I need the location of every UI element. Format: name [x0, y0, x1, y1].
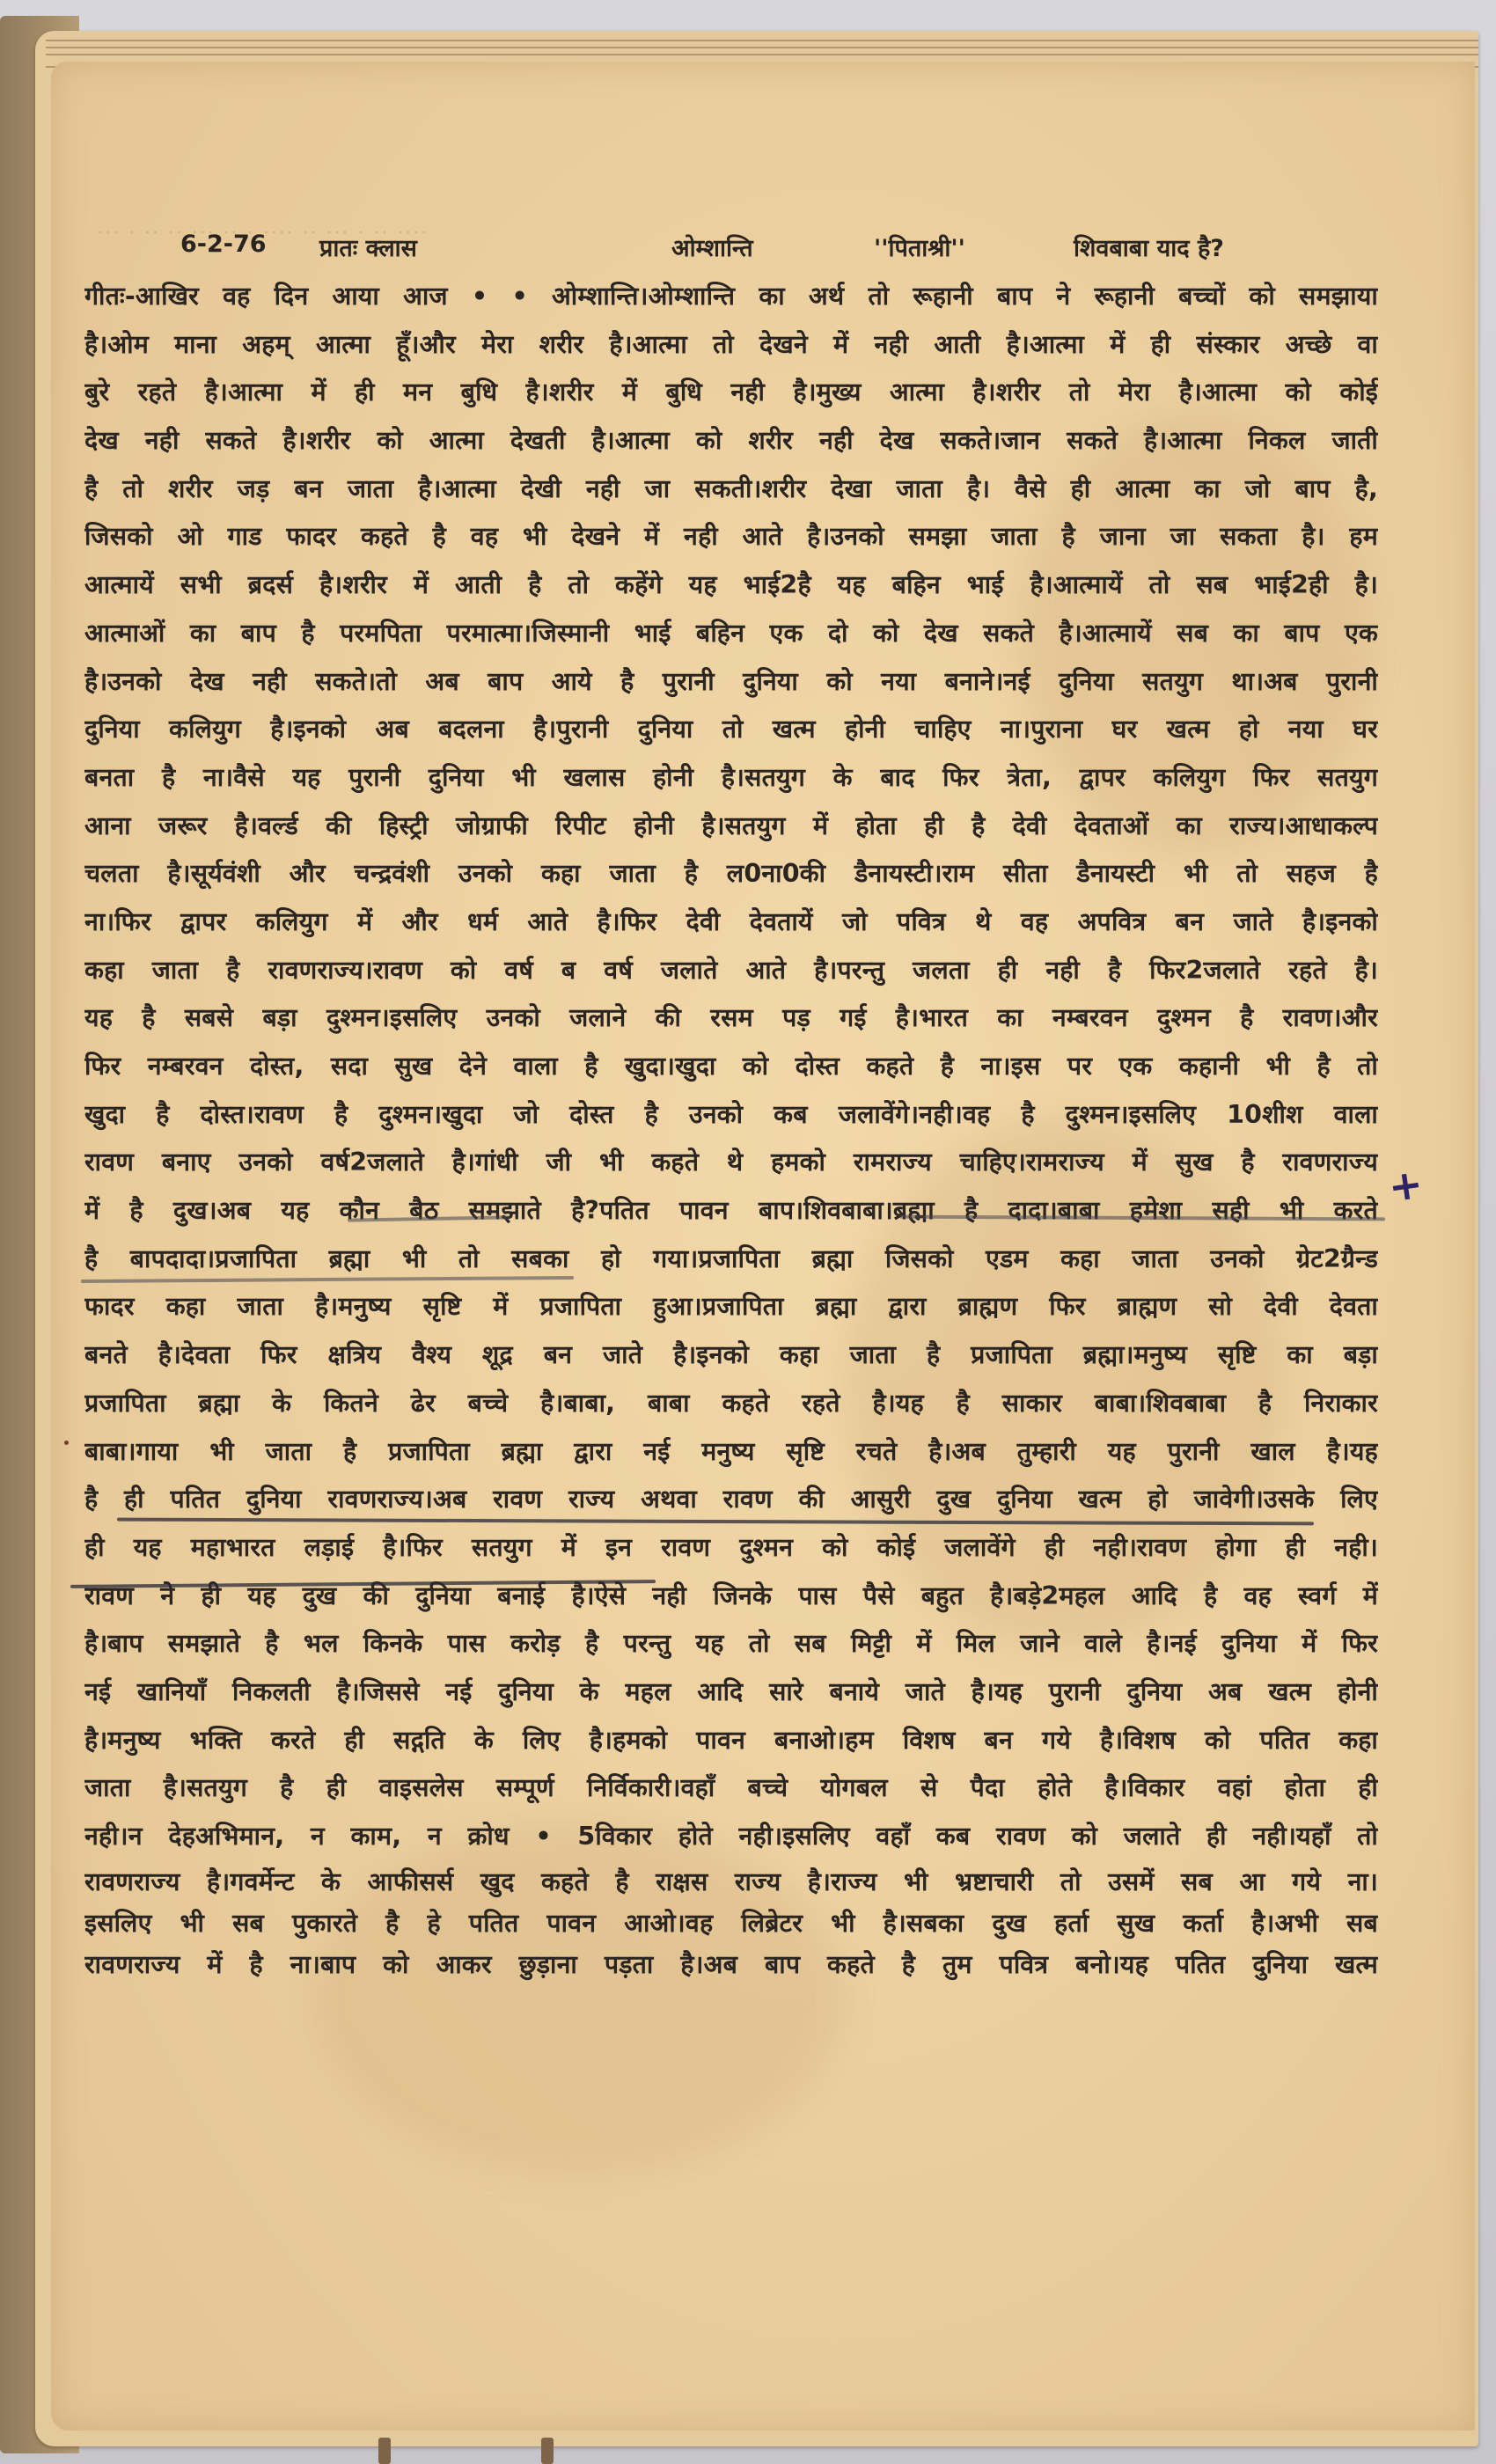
text-line: कहा जाता है रावणराज्य।रावण को वर्ष ब वर्…	[84, 947, 1378, 995]
document-body: गीतः-आखिर वह दिन आया आज • • ओम्शान्ति।ओम…	[84, 273, 1378, 1985]
text-line: रावणराज्य में है ना।बाप को आकर छुड़ाना प…	[84, 1944, 1378, 1985]
text-line: बनते है।देवता फिर क्षत्रिय वैश्य शूद्र ब…	[84, 1331, 1378, 1380]
text-line: रावण ने ही यह दुख की दुनिया बनाई है।ऐसे …	[84, 1573, 1378, 1621]
text-line: जाता है।सतयुग है ही वाइसलेस सम्पूर्ण निर…	[84, 1764, 1378, 1813]
text-line: है।मनुष्य भक्ति करते ही सद्गति के लिए है…	[84, 1717, 1378, 1765]
text-line: है बापदादा।प्रजापिता ब्रह्मा भी तो सबका …	[84, 1236, 1378, 1284]
text-line: है ही पतित दुनिया रावणराज्य।अब रावण राज्…	[84, 1476, 1378, 1524]
header-session: प्रातः क्लास	[319, 231, 417, 263]
text-line: फिर नम्बरवन दोस्त, सदा सुख देने वाला है …	[84, 1043, 1378, 1091]
text-line: रावण बनाए उनको वर्ष2जलाते है।गांधी जी भी…	[84, 1139, 1378, 1187]
binding-tab	[541, 2438, 554, 2464]
header-date: 6-2-76	[180, 231, 267, 258]
text-line: यह है सबसे बड़ा दुश्मन।इसलिए उनको जलाने …	[84, 994, 1378, 1043]
text-line: ना।फिर द्वापर कलियुग में और धर्म आते है।…	[84, 898, 1378, 947]
binding-tab	[378, 2438, 391, 2464]
text-line: गीतः-आखिर वह दिन आया आज • • ओम्शान्ति।ओम…	[84, 273, 1378, 321]
text-line: नई खानियाँ निकलती है।जिससे नई दुनिया के …	[84, 1668, 1378, 1717]
text-line: चलता है।सूर्यवंशी और चन्द्रवंशी उनको कहा…	[84, 850, 1378, 898]
text-line: रावणराज्य है।गवर्मेन्ट के आफीसर्स खुद कह…	[84, 1861, 1378, 1903]
text-line: है।उनको देख नही सकते।तो अब बाप आये है पु…	[84, 658, 1378, 707]
plus-margin-mark-icon: +	[1385, 1160, 1426, 1212]
text-line: बाबा।गाया भी जाता है प्रजापिता ब्रह्मा द…	[84, 1428, 1378, 1477]
text-line: देख नही सकते है।शरीर को आत्मा देखती है।आ…	[84, 417, 1378, 466]
text-line: फादर कहा जाता है।मनुष्य सृष्टि में प्रजा…	[84, 1283, 1378, 1331]
header-question: शिवबाबा याद है?	[1074, 231, 1224, 263]
ink-dot	[64, 1441, 69, 1445]
text-line: आत्मायें सभी ब्रदर्स है।शरीर में आती है …	[84, 561, 1378, 610]
header-title: ''पिताश्री''	[874, 231, 965, 263]
text-line: बुरे रहते है।आत्मा में ही मन बुधि है।शरी…	[84, 369, 1378, 417]
text-line: नही।न देहअभिमान, न काम, न क्रोध • 5विकार…	[84, 1813, 1378, 1861]
text-line: जिसको ओ गाड फादर कहते है वह भी देखने में…	[84, 513, 1378, 561]
text-line: ही यह महाभारत लड़ाई है।फिर सतयुग में इन …	[84, 1524, 1378, 1573]
header-greeting: ओम्शान्ति	[671, 231, 753, 263]
text-line: इसलिए भी सब पुकारते है हे पतित पावन आओ।व…	[84, 1903, 1378, 1944]
text-line: आत्माओं का बाप है परमपिता परमात्मा।जिस्म…	[84, 610, 1378, 658]
text-line: में है दुख।अब यह कौन बैठ समझाते है?पतित …	[84, 1187, 1378, 1236]
text-line: आना जरूर है।वर्ल्ड की हिस्ट्री जोग्राफी …	[84, 803, 1378, 851]
text-line: दुनिया कलियुग है।इनको अब बदलना है।पुरानी…	[84, 706, 1378, 754]
text-line: है।ओम माना अहम् आत्मा हूँ।और मेरा शरीर ह…	[84, 321, 1378, 370]
text-line: प्रजापिता ब्रह्मा के कितने ढेर बच्चे है।…	[84, 1380, 1378, 1428]
document-header: 6-2-76 प्रातः क्लास ओम्शान्ति ''पिताश्री…	[180, 231, 1412, 266]
text-line: है तो शरीर जड़ बन जाता है।आत्मा देखी नही…	[84, 466, 1378, 514]
text-line: खुदा है दोस्त।रावण है दुश्मन।खुदा जो दोस…	[84, 1091, 1378, 1140]
text-line: बनता है ना।वैसे यह पुरानी दुनिया भी खलास…	[84, 754, 1378, 803]
text-line: है।बाप समझाते है भल किनके पास करोड़ है प…	[84, 1620, 1378, 1668]
